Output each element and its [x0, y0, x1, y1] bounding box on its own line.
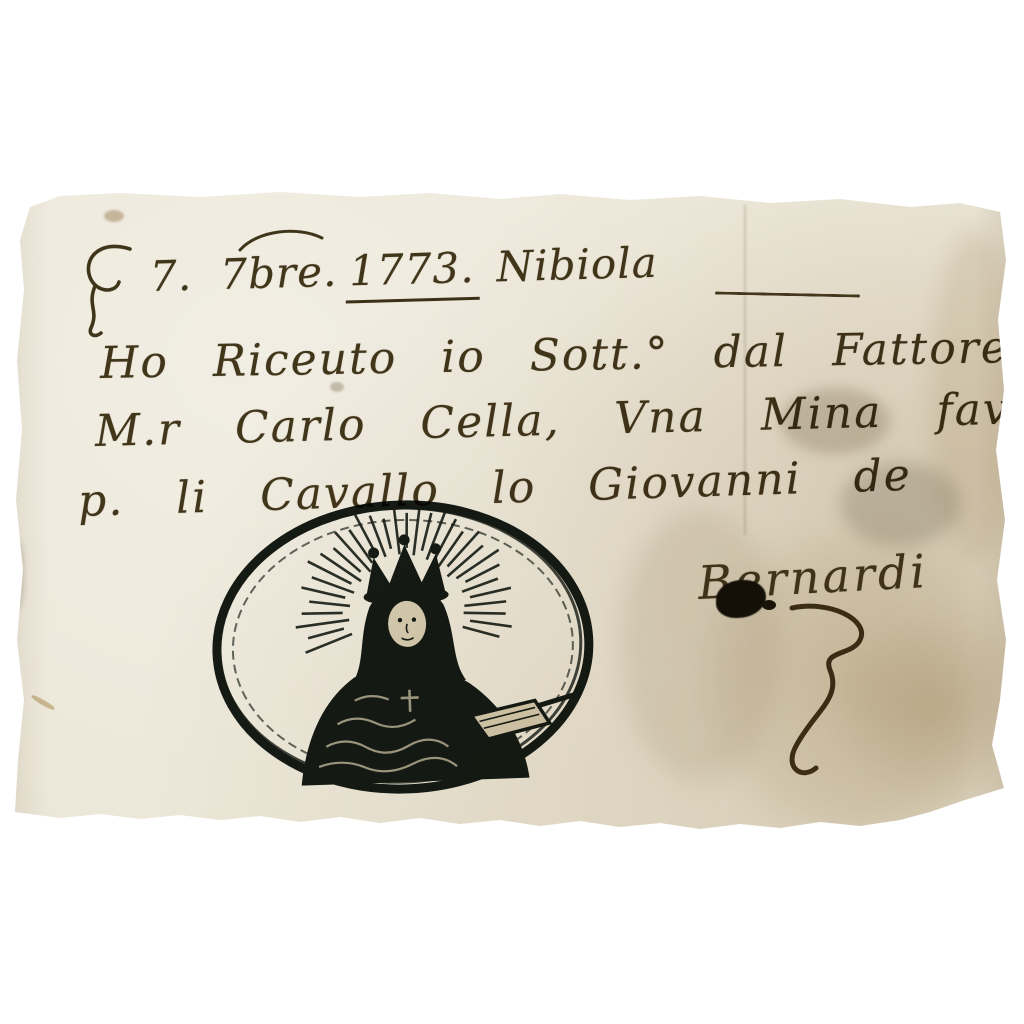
place-name-text: Nibiola — [496, 238, 659, 291]
receipt-line-3: M.r Carlo Cella, Vna Mina fave — [94, 383, 1024, 457]
date-prefix-text: 7. 7bre. — [149, 247, 338, 301]
madonna-stamp-icon — [198, 487, 609, 813]
trailing-dash-line — [715, 291, 860, 297]
initial-flourish-icon — [82, 240, 144, 340]
photo-canvas: 7. 7bre.1773.Nibiola Ho Riceuto io Sott.… — [0, 0, 1024, 1024]
date-line: 7. 7bre.1773.Nibiola — [149, 238, 658, 301]
receipt-paper: 7. 7bre.1773.Nibiola Ho Riceuto io Sott.… — [0, 0, 1024, 1024]
ink-blot-satellite — [762, 600, 776, 610]
left-edge-toning — [12, 540, 24, 610]
receipt-line-2: Ho Riceuto io Sott.° dal Fattore — [100, 322, 1010, 389]
date-year-text: 1773. — [345, 243, 480, 304]
ink-blot — [716, 580, 766, 618]
foxing-speck-top-left — [104, 210, 124, 222]
stain-center-right-wash — [620, 510, 780, 780]
paper-fiber-bottom-left — [30, 694, 55, 711]
signature-paraph-icon — [772, 600, 902, 790]
